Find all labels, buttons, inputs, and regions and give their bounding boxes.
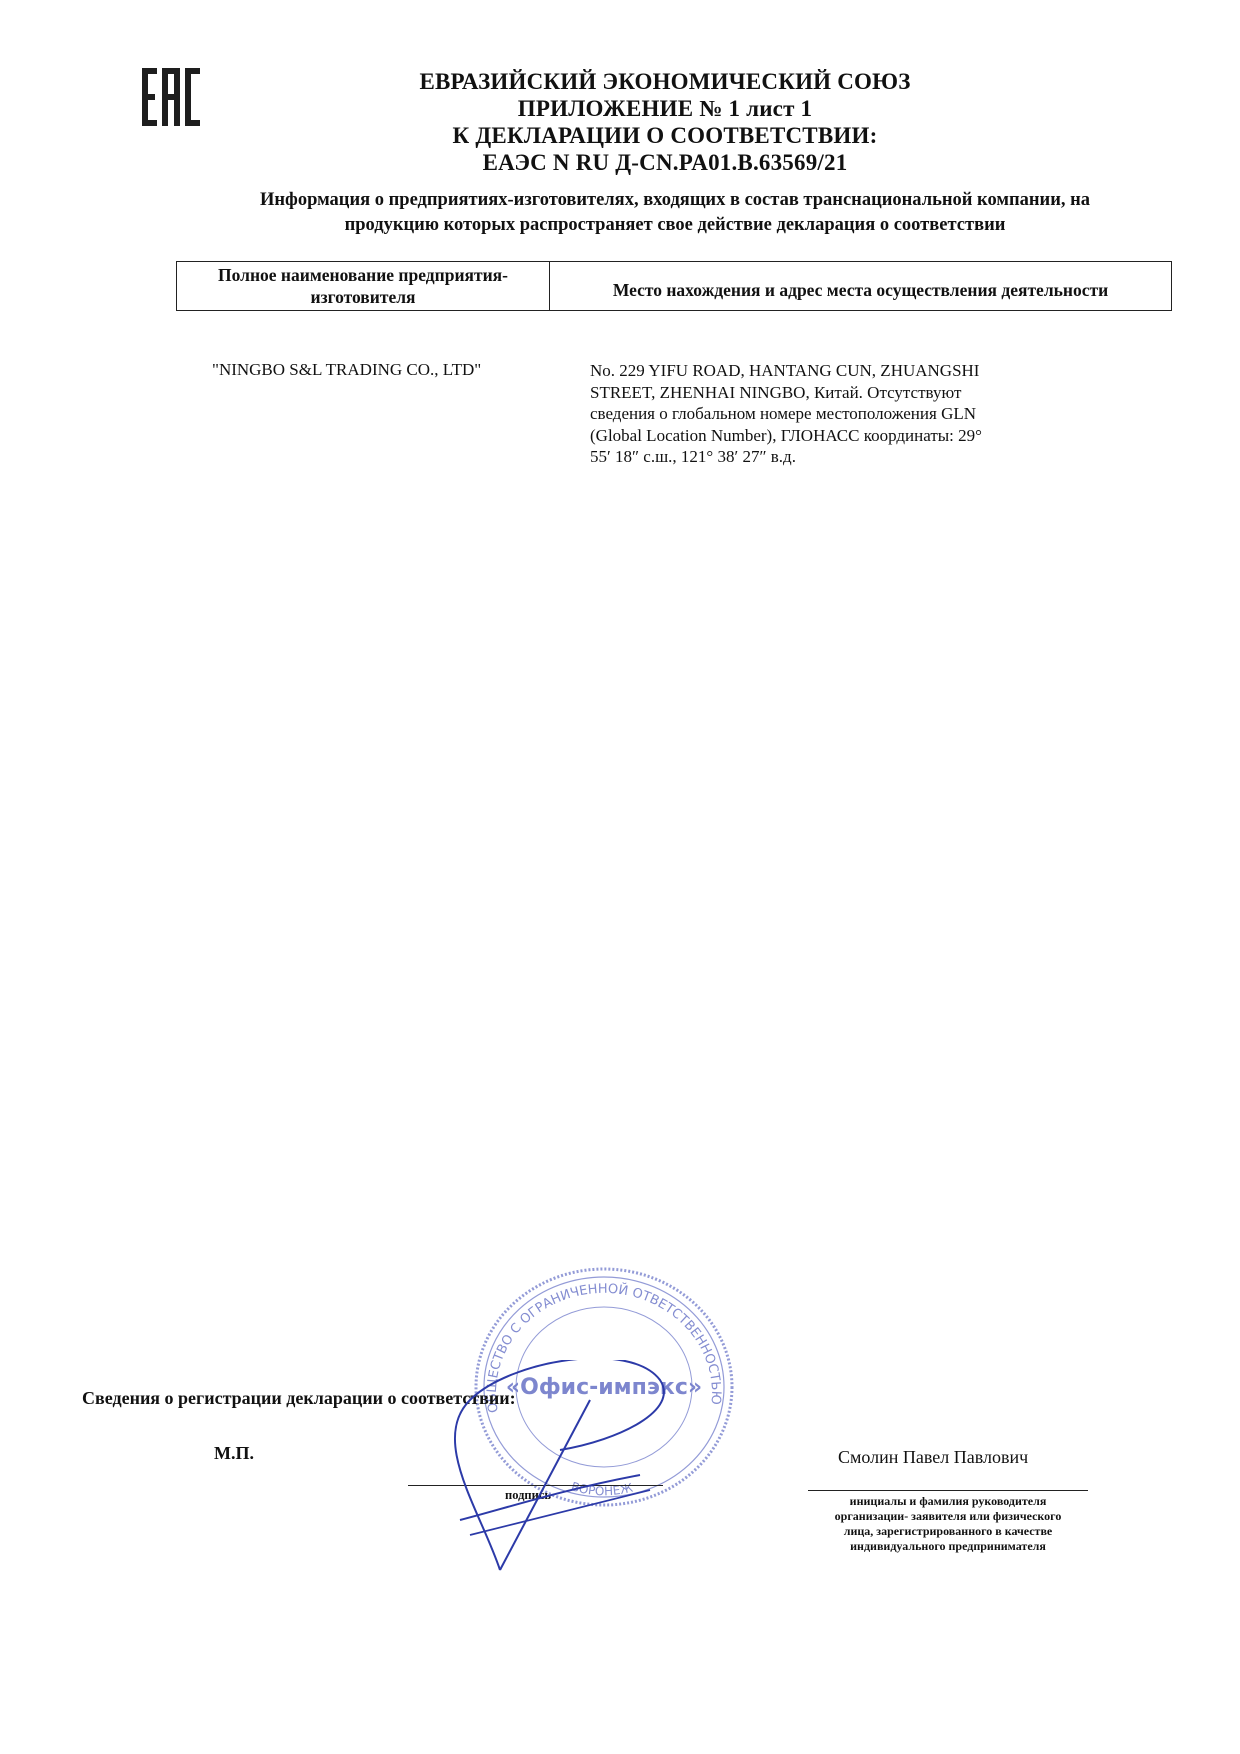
column-header-manufacturer-line-2: изготовителя	[177, 286, 549, 308]
signer-caption: инициалы и фамилия руководителя организа…	[808, 1494, 1088, 1554]
document-header: ЕВРАЗИЙСКИЙ ЭКОНОМИЧЕСКИЙ СОЮЗ ПРИЛОЖЕНИ…	[0, 68, 1240, 176]
column-header-manufacturer: Полное наименование предприятия- изготов…	[177, 262, 550, 310]
manufacturer-name: "NINGBO S&L TRADING CO., LTD"	[212, 360, 481, 380]
address-line: 55′ 18″ с.ш., 121° 38′ 27″ в.д.	[590, 446, 1060, 468]
document-subtitle: Информация о предприятиях-изготовителях,…	[150, 188, 1200, 238]
header-appendix-title: ПРИЛОЖЕНИЕ № 1 лист 1	[90, 95, 1240, 122]
header-union-title: ЕВРАЗИЙСКИЙ ЭКОНОМИЧЕСКИЙ СОЮЗ	[90, 68, 1240, 95]
column-header-address: Место нахождения и адрес места осуществл…	[550, 262, 1171, 310]
signer-line	[808, 1490, 1088, 1491]
address-line: STREET, ZHENHAI NINGBO, Китай. Отсутству…	[590, 382, 1060, 404]
handwritten-signature	[440, 1360, 700, 1580]
header-declaration-number: ЕАЭС N RU Д-CN.PA01.B.63569/21	[90, 149, 1240, 176]
signer-caption-line: организации- заявителя или физического	[808, 1509, 1088, 1524]
subtitle-line-1: Информация о предприятиях-изготовителях,…	[150, 188, 1200, 213]
address-line: No. 229 YIFU ROAD, HANTANG CUN, ZHUANGSH…	[590, 360, 1060, 382]
header-declaration-title: К ДЕКЛАРАЦИИ О СООТВЕТСТВИИ:	[90, 122, 1240, 149]
signer-caption-line: индивидуального предпринимателя	[808, 1539, 1088, 1554]
subtitle-line-2: продукцию которых распространяет свое де…	[150, 213, 1200, 238]
address-line: сведения о глобальном номере местоположе…	[590, 403, 1060, 425]
address-line: (Global Location Number), ГЛОНАСС коорди…	[590, 425, 1060, 447]
manufacturer-address: No. 229 YIFU ROAD, HANTANG CUN, ZHUANGSH…	[590, 360, 1060, 468]
signer-caption-line: инициалы и фамилия руководителя	[808, 1494, 1088, 1509]
table-header: Полное наименование предприятия- изготов…	[176, 261, 1172, 311]
signer-caption-line: лица, зарегистрированного в качестве	[808, 1524, 1088, 1539]
seal-place-label: М.П.	[214, 1443, 254, 1464]
column-header-manufacturer-line-1: Полное наименование предприятия-	[177, 264, 549, 286]
signer-name: Смолин Павел Павлович	[838, 1447, 1028, 1468]
